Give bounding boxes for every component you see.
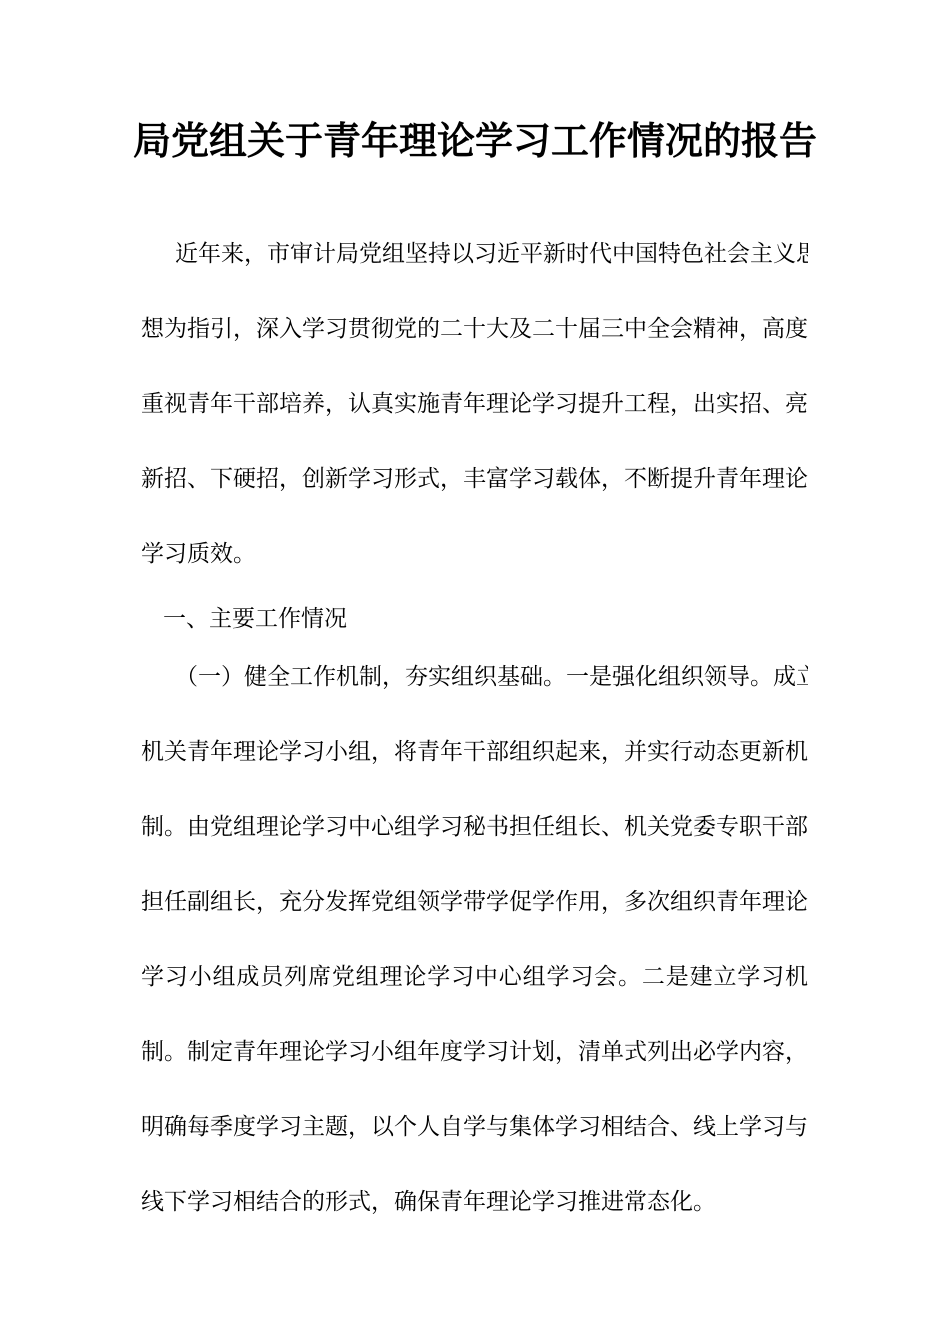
text-line: 近年来，市审计局党组坚持以习近平新时代中国特色社会主义思 [141, 217, 808, 292]
text-line: （一）健全工作机制，夯实组织基础。一是强化组织领导。成立 [141, 640, 808, 715]
text-line: 制。由党组理论学习中心组学习秘书担任组长、机关党委专职干部 [141, 790, 808, 865]
paragraph-section-1: （一）健全工作机制，夯实组织基础。一是强化组织领导。成立机关青年理论学习小组，将… [141, 640, 808, 1240]
text-line: 想为指引，深入学习贯彻党的二十大及二十届三中全会精神，高度 [141, 292, 808, 367]
text-line: 机关青年理论学习小组，将青年干部组织起来，并实行动态更新机 [141, 715, 808, 790]
document-page: 局党组关于青年理论学习工作情况的报告 近年来，市审计局党组坚持以习近平新时代中国… [0, 0, 950, 1344]
text-line: 重视青年干部培养，认真实施青年理论学习提升工程，出实招、亮 [141, 367, 808, 442]
text-line: 线下学习相结合的形式，确保青年理论学习推进常态化。 [141, 1165, 808, 1240]
document-title: 局党组关于青年理论学习工作情况的报告 [40, 120, 910, 162]
text-line: 担任副组长，充分发挥党组领学带学促学作用，多次组织青年理论 [141, 865, 808, 940]
text-line: 明确每季度学习主题，以个人自学与集体学习相结合、线上学习与 [141, 1090, 808, 1165]
paragraph-intro: 近年来，市审计局党组坚持以习近平新时代中国特色社会主义思想为指引，深入学习贯彻党… [141, 217, 808, 592]
text-line: 学习小组成员列席党组理论学习中心组学习会。二是建立学习机 [141, 940, 808, 1015]
text-line: 学习质效。 [141, 517, 808, 592]
text-line: 制。制定青年理论学习小组年度学习计划，清单式列出必学内容， [141, 1015, 808, 1090]
text-line: 新招、下硬招，创新学习形式，丰富学习载体，不断提升青年理论 [141, 442, 808, 517]
